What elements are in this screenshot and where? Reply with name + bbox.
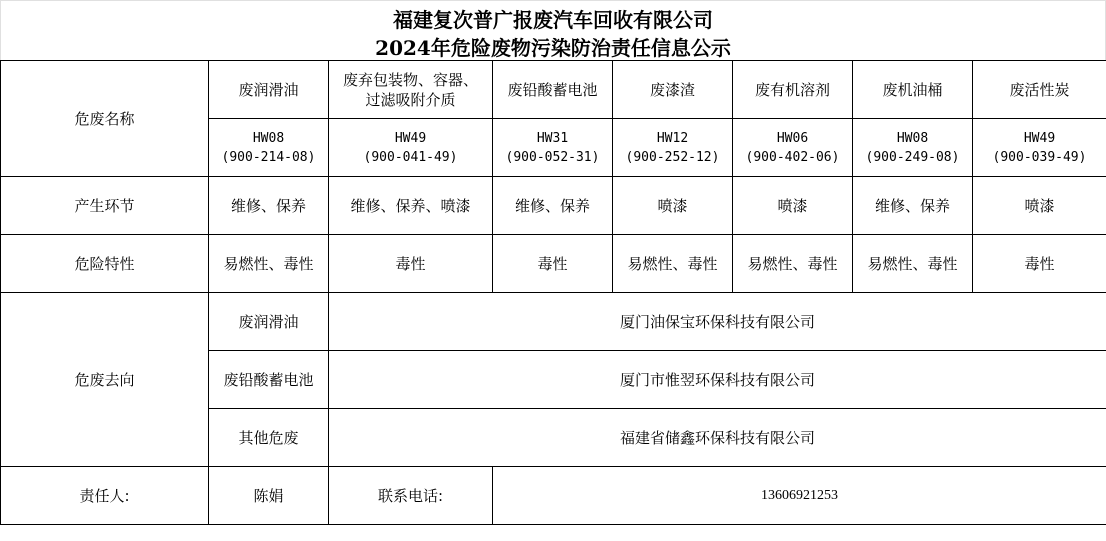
hazard-cell: 易燃性、毒性 (733, 235, 853, 293)
waste-code: HW06 (733, 129, 852, 148)
generation-stage-row: 产生环节 维修、保养 维修、保养、喷漆 维修、保养 喷漆 喷漆 维修、保养 喷漆 (1, 177, 1106, 235)
waste-code: HW08 (853, 129, 972, 148)
responsible-name: 陈娟 (209, 467, 329, 525)
hazard-property-label: 危险特性 (1, 235, 209, 293)
waste-code: HW12 (613, 129, 732, 148)
waste-code: HW08 (209, 129, 328, 148)
waste-name-cell: 废漆渣 (613, 61, 733, 119)
waste-code: HW31 (493, 129, 612, 148)
waste-name-cell: 废润滑油 (209, 61, 329, 119)
waste-name-label: 危废名称 (1, 61, 209, 177)
stage-cell: 维修、保养、喷漆 (329, 177, 493, 235)
waste-name-row: 危废名称 废润滑油 废弃包装物、容器、 过滤吸附介质 废铅酸蓄电池 废漆渣 废有… (1, 61, 1106, 119)
waste-sub-code: (900-052-31) (493, 148, 612, 167)
company-title: 福建复次普广报废汽车回收有限公司 (0, 4, 1106, 33)
waste-sub-code: (900-402-06) (733, 148, 852, 167)
waste-name-cell: 废活性炭 (973, 61, 1106, 119)
waste-name-cell: 废弃包装物、容器、 过滤吸附介质 (329, 61, 493, 119)
waste-sub-code: (900-252-12) (613, 148, 732, 167)
hazard-cell: 毒性 (973, 235, 1106, 293)
hazard-cell: 易燃性、毒性 (209, 235, 329, 293)
generation-stage-label: 产生环节 (1, 177, 209, 235)
stage-cell: 喷漆 (973, 177, 1106, 235)
hazardous-waste-table: 危废名称 废润滑油 废弃包装物、容器、 过滤吸附介质 废铅酸蓄电池 废漆渣 废有… (0, 60, 1106, 525)
notice-title: 2024年危险废物污染防治责任信息公示 (0, 32, 1106, 61)
waste-code: HW49 (973, 129, 1106, 148)
stage-cell: 喷漆 (733, 177, 853, 235)
hazard-cell: 毒性 (329, 235, 493, 293)
waste-name-line: 过滤吸附介质 (329, 90, 492, 110)
destination-company: 厦门油保宝环保科技有限公司 (329, 293, 1106, 351)
waste-code-cell: HW49(900-039-49) (973, 119, 1106, 177)
destination-waste: 其他危废 (209, 409, 329, 467)
responsible-row: 责任人: 陈娟 联系电话: 13606921253 (1, 467, 1106, 525)
waste-code-cell: HW06(900-402-06) (733, 119, 853, 177)
waste-name-line: 废弃包装物、容器、 (329, 70, 492, 90)
waste-sub-code: (900-214-08) (209, 148, 328, 167)
destination-waste: 废润滑油 (209, 293, 329, 351)
waste-code-cell: HW08(900-214-08) (209, 119, 329, 177)
waste-code-cell: HW49(900-041-49) (329, 119, 493, 177)
responsible-label: 责任人: (1, 467, 209, 525)
waste-code-cell: HW08(900-249-08) (853, 119, 973, 177)
hazardous-waste-table-container: 危废名称 废润滑油 废弃包装物、容器、 过滤吸附介质 废铅酸蓄电池 废漆渣 废有… (0, 60, 1106, 525)
stage-cell: 喷漆 (613, 177, 733, 235)
hazard-cell: 毒性 (493, 235, 613, 293)
waste-code-cell: HW31(900-052-31) (493, 119, 613, 177)
destination-waste: 废铅酸蓄电池 (209, 351, 329, 409)
waste-code: HW49 (329, 129, 492, 148)
stage-cell: 维修、保养 (493, 177, 613, 235)
waste-name-cell: 废铅酸蓄电池 (493, 61, 613, 119)
waste-code-cell: HW12(900-252-12) (613, 119, 733, 177)
waste-name-cell: 废机油桶 (853, 61, 973, 119)
hazard-property-row: 危险特性 易燃性、毒性 毒性 毒性 易燃性、毒性 易燃性、毒性 易燃性、毒性 毒… (1, 235, 1106, 293)
hazard-cell: 易燃性、毒性 (853, 235, 973, 293)
destination-label: 危废去向 (1, 293, 209, 467)
waste-sub-code: (900-041-49) (329, 148, 492, 167)
destination-company: 福建省储鑫环保科技有限公司 (329, 409, 1106, 467)
destination-row: 危废去向 废润滑油 厦门油保宝环保科技有限公司 (1, 293, 1106, 351)
stage-cell: 维修、保养 (853, 177, 973, 235)
contact-label: 联系电话: (329, 467, 493, 525)
waste-name-cell: 废有机溶剂 (733, 61, 853, 119)
destination-company: 厦门市惟翌环保科技有限公司 (329, 351, 1106, 409)
waste-sub-code: (900-039-49) (973, 148, 1106, 167)
hazard-cell: 易燃性、毒性 (613, 235, 733, 293)
contact-phone: 13606921253 (493, 467, 1106, 525)
stage-cell: 维修、保养 (209, 177, 329, 235)
waste-sub-code: (900-249-08) (853, 148, 972, 167)
